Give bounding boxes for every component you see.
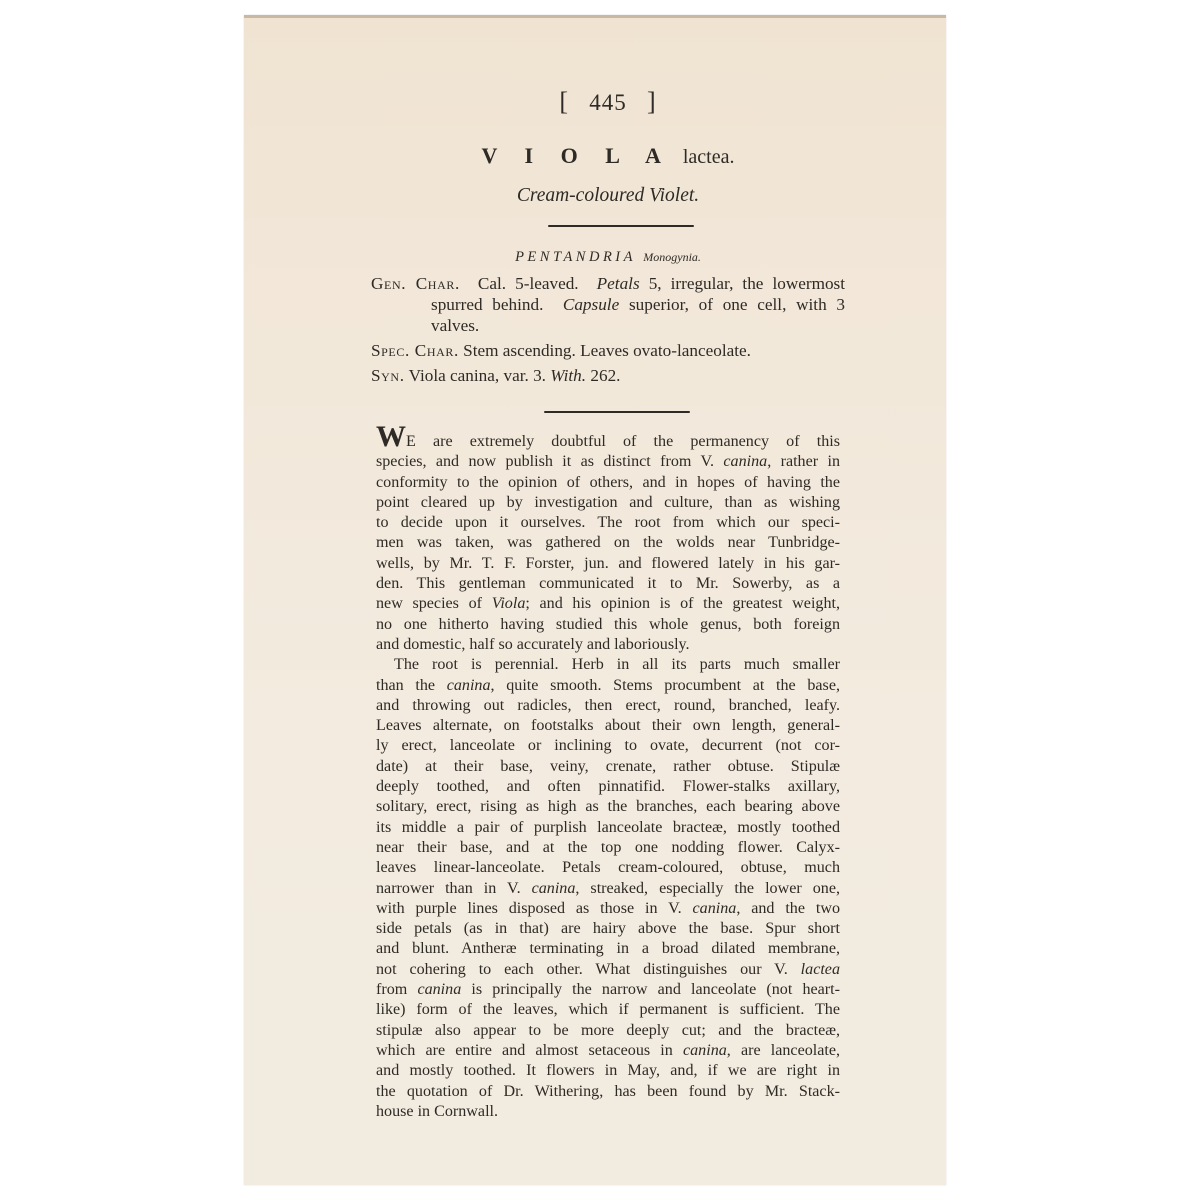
text-line: solitary, erect, rising as high as the b… [376, 797, 840, 817]
text-line: men was taken, was gathered on the wolds… [376, 533, 840, 553]
page-number: [ 445 ] [376, 87, 840, 117]
text-line: narrower than in V. canina, streaked, es… [376, 879, 840, 899]
text-line: to decide upon it ourselves. The root fr… [376, 513, 840, 533]
spec-char-text: Stem ascending. Leaves ovato-lanceolate. [463, 341, 751, 360]
species-name: lactea. [683, 146, 735, 168]
text-line: house in Cornwall. [376, 1102, 840, 1122]
gen-char-italic: Petals [597, 274, 640, 293]
generic-character: Gen. Char. Cal. 5-leaved. Petals 5, irre… [371, 273, 845, 336]
text-line: and blunt. Antheræ terminating in a broa… [376, 939, 840, 959]
text-line: species, and now publish it as distinct … [376, 452, 840, 472]
spec-char-label: Spec. Char. [371, 341, 459, 360]
paragraph-2: The root is perennial. Herb in all its p… [376, 655, 840, 1122]
text-line: which are entire and almost setaceous in… [376, 1041, 840, 1061]
gen-char-label: Gen. Char. [371, 274, 460, 293]
text-line: and mostly toothed. It flowers in May, a… [376, 1061, 840, 1081]
common-name: Cream-coloured Violet. [376, 185, 840, 207]
gen-char-italic: Capsule [563, 295, 619, 314]
text-line: ly erect, lanceolate or inclining to ova… [376, 736, 840, 756]
divider-rule [548, 225, 694, 227]
syn-label: Syn. [371, 366, 405, 385]
syn-text: Viola canina, var. 3. [409, 366, 546, 385]
classification: PENTANDRIA Monogynia. [376, 249, 840, 266]
text-line: den. This gentleman communicated it to M… [376, 574, 840, 594]
characters-block: Gen. Char. Cal. 5-leaved. Petals 5, irre… [371, 273, 845, 390]
divider-rule [544, 411, 690, 413]
gen-char-text: Cal. 5-leaved. [478, 274, 579, 293]
text-line: leaves linear-lanceolate. Petals cream-c… [376, 858, 840, 878]
text-line: like) form of the leaves, which if perma… [376, 1000, 840, 1020]
text-line: than the canina, quite smooth. Stems pro… [376, 676, 840, 696]
syn-ref-num: 262. [590, 366, 620, 385]
paragraph-1: WE are extremely doubtful of the permane… [376, 428, 840, 655]
text-line: side petals (as in that) are hairy above… [376, 919, 840, 939]
text-line: with purple lines disposed as those in V… [376, 899, 840, 919]
text-line: the quotation of Dr. Withering, has been… [376, 1082, 840, 1102]
text-line: stipulæ also appear to be more deeply cu… [376, 1021, 840, 1041]
linnaean-order: Monogynia. [643, 250, 701, 264]
book-page: [ 445 ] V I O L A lactea. Cream-coloured… [244, 15, 946, 1185]
text-line: date) at their base, veiny, crenate, rat… [376, 757, 840, 777]
text-line: Leaves alternate, on footstalks about th… [376, 716, 840, 736]
species-title: V I O L A lactea. [376, 143, 840, 169]
bracket-close: ] [647, 87, 657, 116]
text-line: new species of Viola; and his opinion is… [376, 594, 840, 614]
text-line: wells, by Mr. T. F. Forster, jun. and fl… [376, 554, 840, 574]
syn-ref: With. [550, 366, 586, 385]
text-line: The root is perennial. Herb in all its p… [376, 655, 840, 675]
text-line: no one hitherto having studied this whol… [376, 615, 840, 635]
description-body: WE are extremely doubtful of the permane… [376, 428, 840, 1122]
text-line: deeply toothed, and often pinnatifid. Fl… [376, 777, 840, 797]
text-line: WE are extremely doubtful of the permane… [376, 428, 840, 452]
text-line: from canina is principally the narrow an… [376, 980, 840, 1000]
synonym: Syn. Viola canina, var. 3. With. 262. [371, 365, 845, 386]
page-number-value: 445 [589, 90, 627, 115]
text-line: conformity to the opinion of others, and… [376, 473, 840, 493]
text-line: not cohering to each other. What disting… [376, 960, 840, 980]
drop-cap: W [376, 420, 406, 453]
bracket-open: [ [559, 87, 569, 116]
specific-character: Spec. Char. Stem ascending. Leaves ovato… [371, 340, 845, 361]
text-line: and domestic, half so accurately and lab… [376, 635, 840, 655]
text-line: and throwing out radicles, then erect, r… [376, 696, 840, 716]
genus-name: V I O L A [482, 143, 672, 168]
text-line: point cleared up by investigation and cu… [376, 493, 840, 513]
text-line: its middle a pair of purplish lanceolate… [376, 818, 840, 838]
linnaean-class: PENTANDRIA [515, 249, 636, 265]
text-line: near their base, and at the top one nodd… [376, 838, 840, 858]
